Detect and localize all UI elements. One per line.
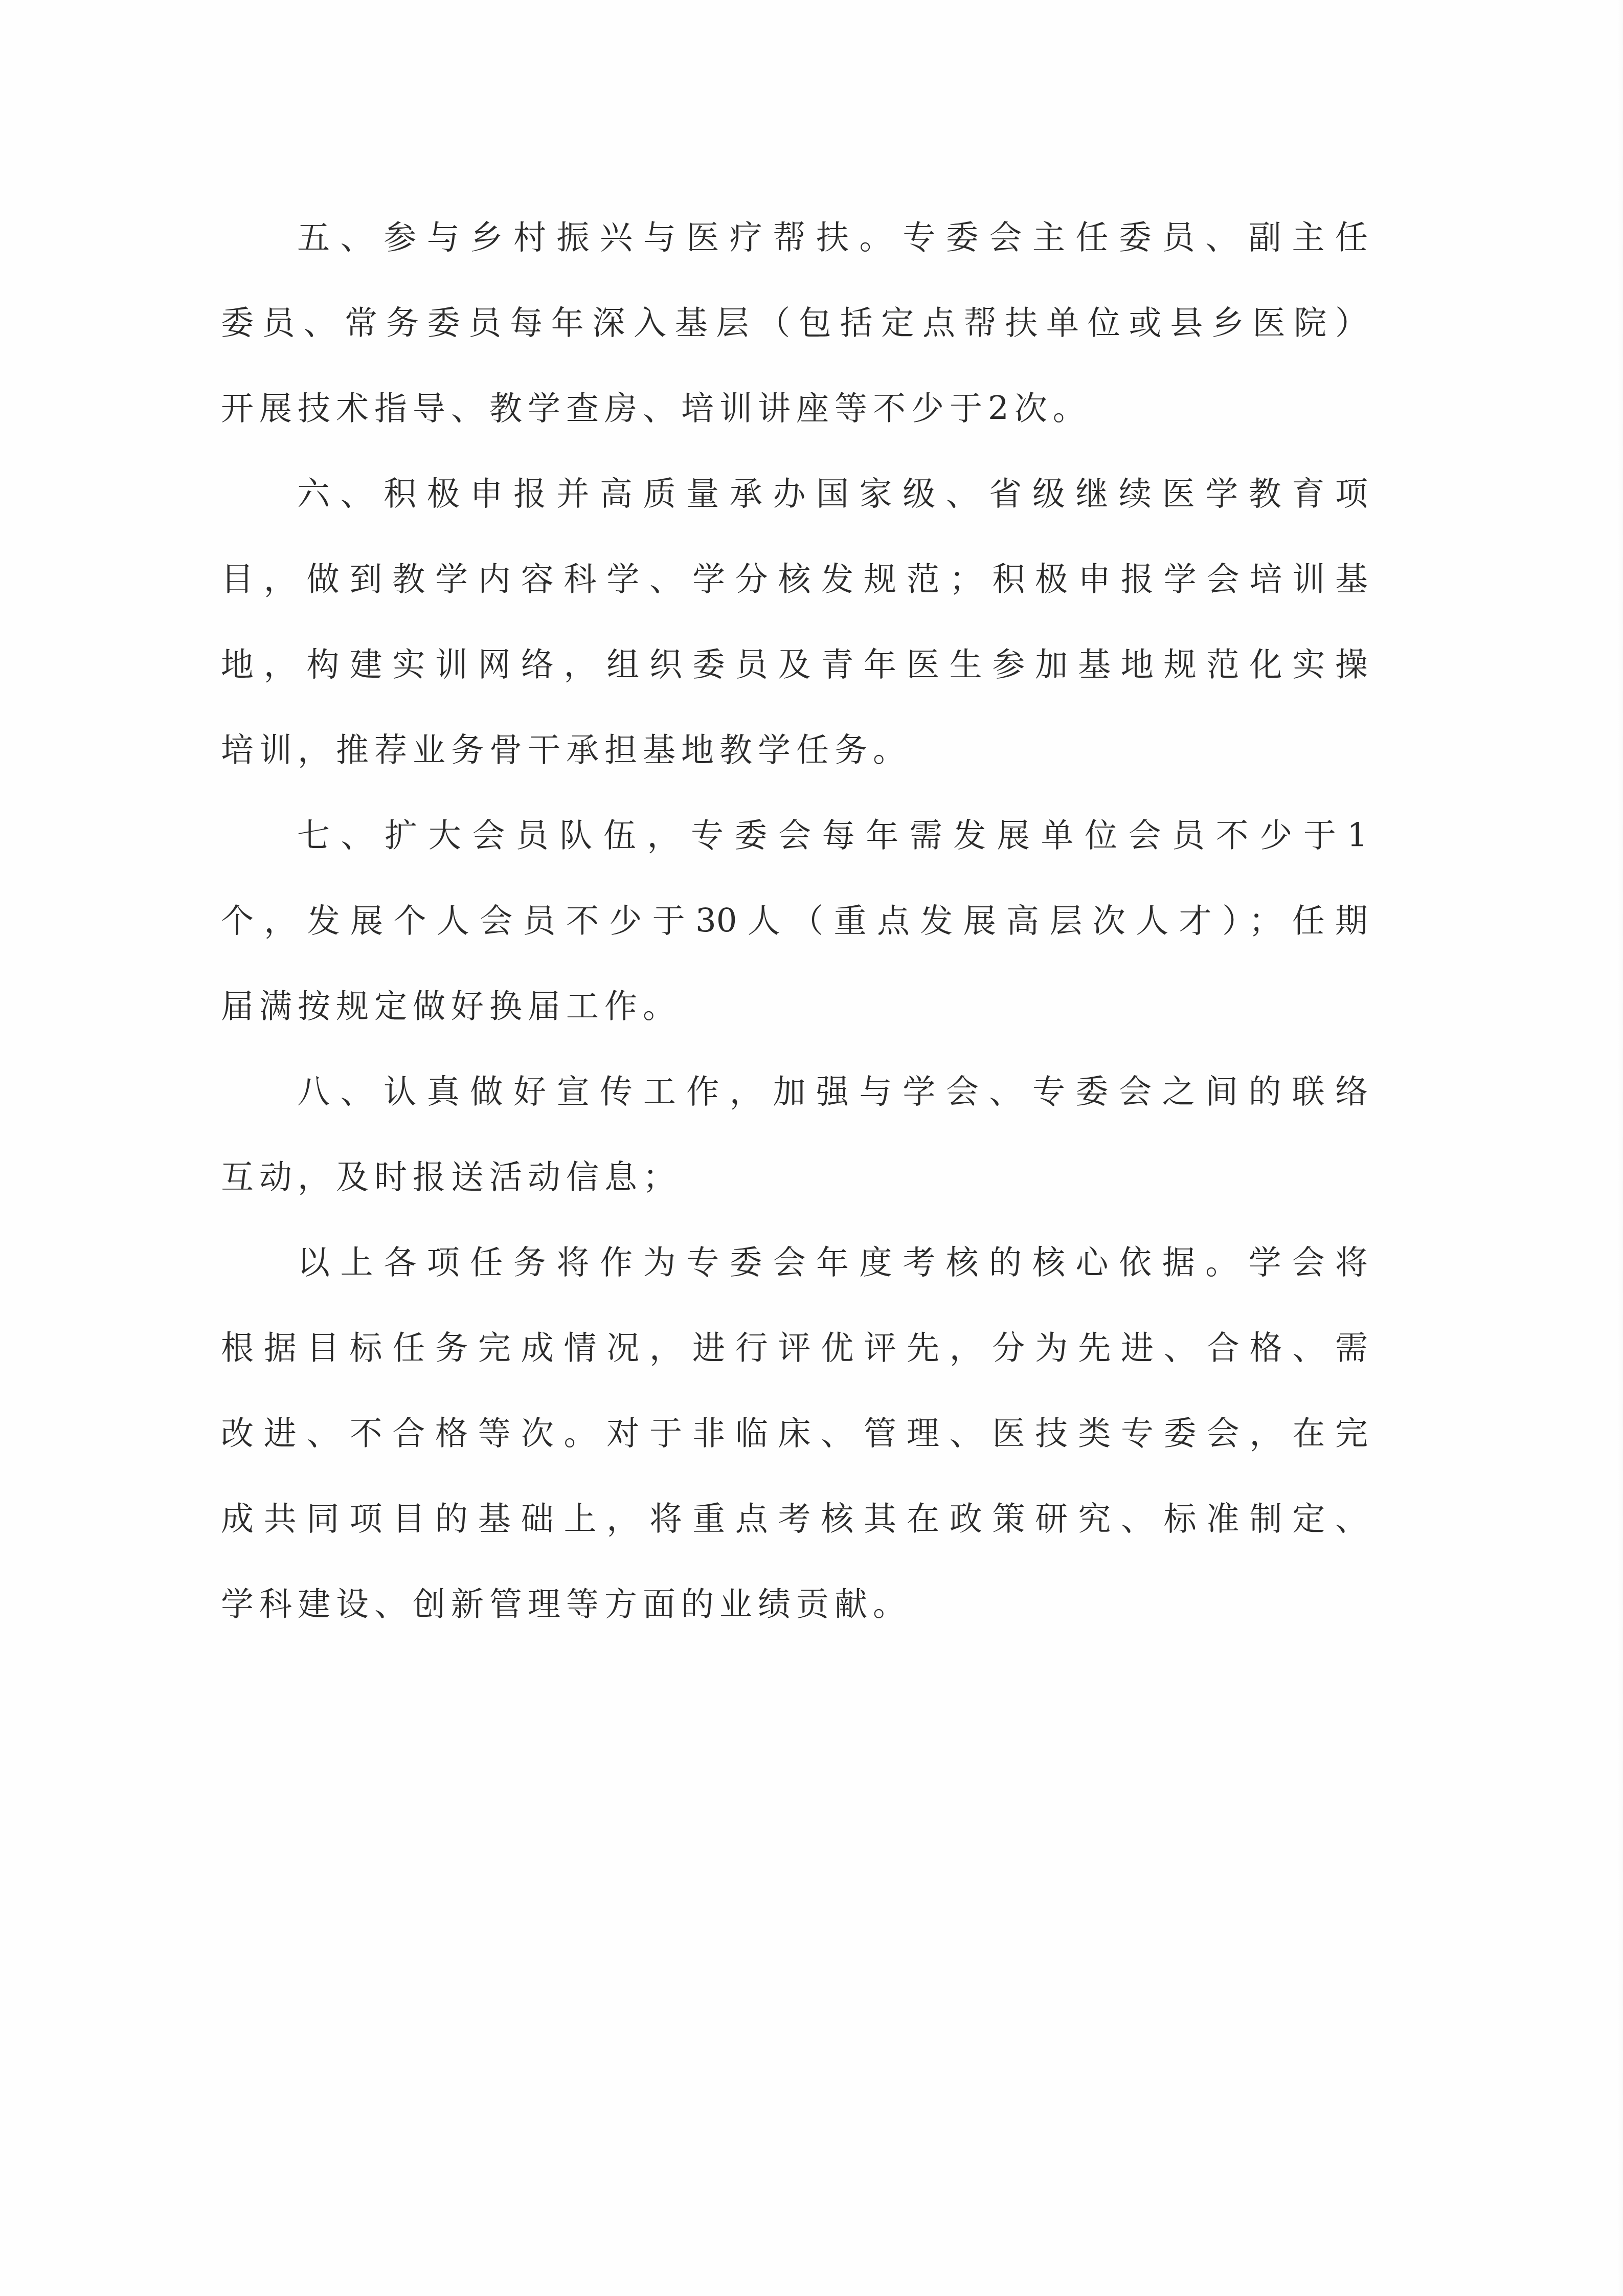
text-line: 八、认真做好宣传工作，加强与学会、专委会之间的联络: [221, 1050, 1368, 1135]
text-line: 届满按规定做好换届工作。: [221, 964, 1368, 1050]
text-line: 目，做到教学内容科学、学分核发规范；积极申报学会培训基: [221, 537, 1368, 622]
text-line: 地，构建实训网络，组织委员及青年医生参加基地规范化实操: [221, 622, 1368, 708]
text-line: 成共同项目的基础上，将重点考核其在政策研究、标准制定、: [221, 1477, 1368, 1562]
text-line: 互动，及时报送活动信息；: [221, 1135, 1368, 1220]
text-line: 开展技术指导、教学查房、培训讲座等不少于2次。: [221, 366, 1368, 452]
text-line: 学科建设、创新管理等方面的业绩贡献。: [221, 1562, 1368, 1647]
paragraph-section-6: 六、积极申报并高质量承办国家级、省级继续医学教育项 目，做到教学内容科学、学分核…: [221, 452, 1368, 793]
text-line: 培训，推荐业务骨干承担基地教学任务。: [221, 708, 1368, 793]
text-line: 六、积极申报并高质量承办国家级、省级继续医学教育项: [221, 452, 1368, 537]
document-page: 五、参与乡村振兴与医疗帮扶。专委会主任委员、副主任 委员、常务委员每年深入基层（…: [0, 0, 1623, 2296]
text-line: 以上各项任务将作为专委会年度考核的核心依据。学会将: [221, 1220, 1368, 1306]
paragraph-section-5: 五、参与乡村振兴与医疗帮扶。专委会主任委员、副主任 委员、常务委员每年深入基层（…: [221, 195, 1368, 452]
text-line: 七、扩大会员队伍，专委会每年需发展单位会员不少于1: [221, 793, 1368, 879]
paragraph-section-8: 八、认真做好宣传工作，加强与学会、专委会之间的联络 互动，及时报送活动信息；: [221, 1050, 1368, 1220]
paragraph-section-7: 七、扩大会员队伍，专委会每年需发展单位会员不少于1 个，发展个人会员不少于30人…: [221, 793, 1368, 1050]
document-body: 五、参与乡村振兴与医疗帮扶。专委会主任委员、副主任 委员、常务委员每年深入基层（…: [221, 195, 1368, 1647]
text-line: 委员、常务委员每年深入基层（包括定点帮扶单位或县乡医院）: [221, 281, 1368, 366]
text-line: 个，发展个人会员不少于30人（重点发展高层次人才）；任期: [221, 879, 1368, 964]
text-line: 根据目标任务完成情况，进行评优评先，分为先进、合格、需: [221, 1306, 1368, 1391]
text-line: 五、参与乡村振兴与医疗帮扶。专委会主任委员、副主任: [221, 195, 1368, 281]
paragraph-closing: 以上各项任务将作为专委会年度考核的核心依据。学会将 根据目标任务完成情况，进行评…: [221, 1220, 1368, 1647]
scan-edge-shadow: [1618, 0, 1623, 2296]
text-line: 改进、不合格等次。对于非临床、管理、医技类专委会，在完: [221, 1391, 1368, 1477]
